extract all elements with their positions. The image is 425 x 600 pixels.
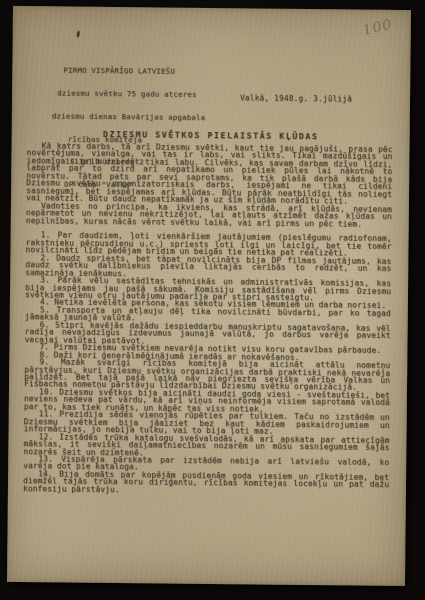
pencil-page-number: 100 (362, 17, 395, 39)
ink-speck (76, 30, 80, 37)
letterhead-line: PIRMO VISPĀRĪGO LATVIEŠU (52, 67, 206, 76)
intro-paragraph: Vadoties no principa, ka ikviens, kas st… (26, 202, 392, 228)
document-body: Kā katrs darbs, tā arī Dziesmu svētki, k… (23, 142, 393, 496)
letterhead-line: dziesmu svētku 75 gadu atceres (52, 89, 206, 98)
numbered-item: 14. Bija domāts par kopējām pusdienām go… (23, 470, 389, 496)
dateline: Valkā, 1948.g. 3.jūlijā (240, 93, 352, 103)
letterhead-line: dziesmu dienas Bavārijas apgabala (52, 112, 206, 121)
scan-background: 100 PIRMO VISPĀRĪGO LATVIEŠU dziesmu svē… (0, 0, 425, 600)
document-page: 100 PIRMO VISPĀRĪGO LATVIEŠU dziesmu svē… (7, 6, 411, 586)
intro-paragraph: Kā katrs darbs, tā arī Dziesmu svētki, k… (26, 142, 393, 205)
